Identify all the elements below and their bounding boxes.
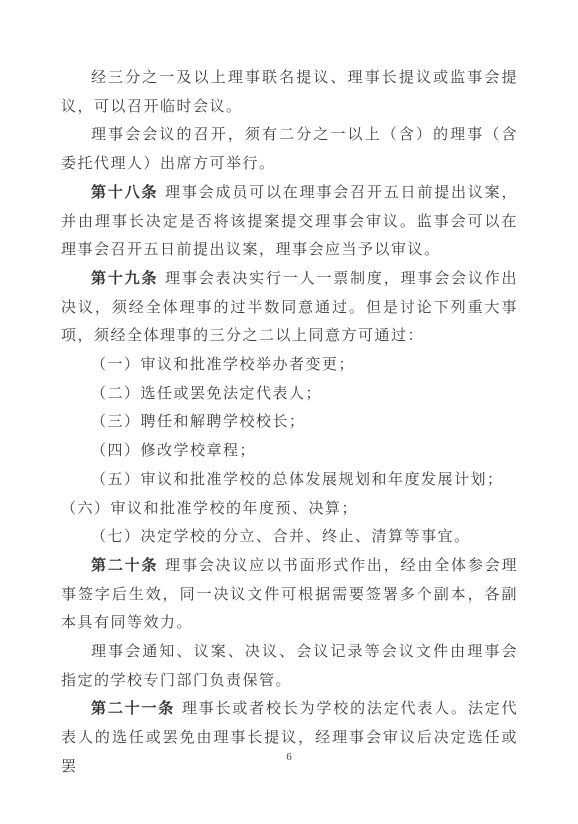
article-paragraph: 第十八条理事会成员可以在理事会召开五日前提出议案，并由理事长决定是否将该提案提交…: [61, 179, 518, 265]
paragraph: （一）审议和批准学校举办者变更；: [61, 351, 518, 380]
article-paragraph: 第二十一条理事长或者校长为学校的法定代表人。法定代表人的选任或罢免由理事长提议，…: [61, 695, 518, 781]
article-paragraph: 第二十条理事会决议应以书面形式作出，经由全体参会理事签字后生效，同一决议文件可根…: [61, 552, 518, 638]
document-body: 经三分之一及以上理事联名提议、理事长提议或监事会提议，可以召开临时会议。理事会会…: [61, 64, 518, 782]
article-number: 第二十一条: [91, 701, 175, 717]
paragraph: （二）选任或罢免法定代表人；: [61, 380, 518, 409]
article-number: 第十八条: [91, 185, 158, 201]
article-paragraph: 第十九条理事会表决实行一人一票制度，理事会会议作出决议，须经全体理事的过半数同意…: [61, 265, 518, 351]
page-number: 6: [0, 751, 578, 763]
article-number: 第二十条: [91, 558, 158, 574]
paragraph: （六）审议和批准学校的年度预、决算；: [61, 495, 518, 524]
paragraph: （七）决定学校的分立、合并、终止、清算等事宜。: [61, 523, 518, 552]
document-page: 经三分之一及以上理事联名提议、理事长提议或监事会提议，可以召开临时会议。理事会会…: [0, 0, 578, 824]
paragraph: （三）聘任和解聘学校校长；: [61, 408, 518, 437]
paragraph: 理事会通知、议案、决议、会议记录等会议文件由理事会指定的学校专门部门负责保管。: [61, 638, 518, 695]
paragraph: （四）修改学校章程；: [61, 437, 518, 466]
paragraph: （五）审议和批准学校的总体发展规划和年度发展计划；: [61, 466, 518, 495]
paragraph: 经三分之一及以上理事联名提议、理事长提议或监事会提议，可以召开临时会议。: [61, 64, 518, 121]
article-number: 第十九条: [91, 271, 158, 287]
paragraph: 理事会会议的召开，须有二分之一以上（含）的理事（含委托代理人）出席方可举行。: [61, 121, 518, 178]
